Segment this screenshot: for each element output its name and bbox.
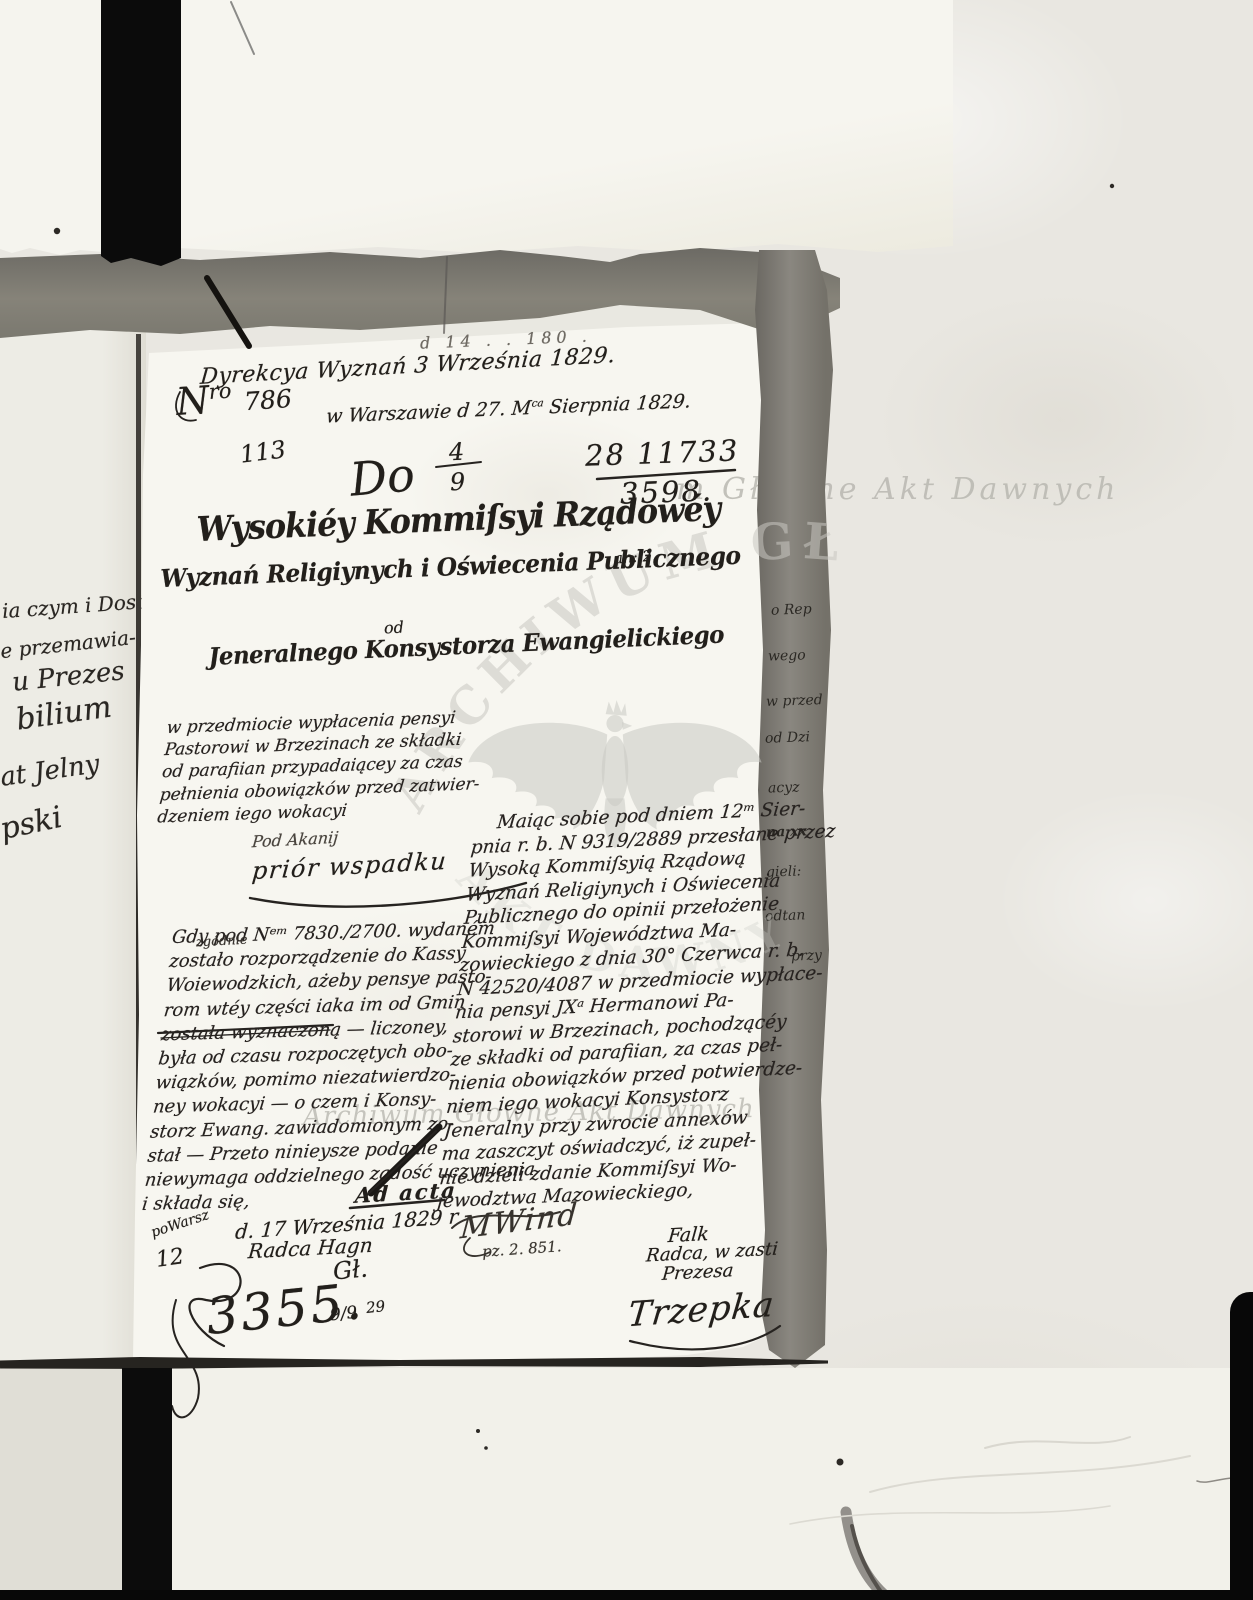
left-page-text-fragment: at Jelny — [0, 749, 101, 793]
top-paper-sheet — [178, 0, 953, 258]
number-value: 786 — [243, 384, 293, 416]
margin-annotation-number: 12 — [154, 1244, 185, 1273]
main-body-paragraph: Maiąc sobie pod dniem 12ᵐ Sier-pnia r. b… — [436, 798, 799, 1214]
filing-date-fraction: 9/9 — [329, 1303, 358, 1326]
left-page-text-fragment: pski — [0, 800, 65, 847]
filing-year: 29 — [365, 1297, 386, 1317]
document-number: Nro 786 — [175, 372, 293, 424]
subject-paragraph: w przedmiocie wypłacenia pensyiPastorowi… — [156, 707, 468, 829]
number-letter: N — [175, 378, 211, 424]
inserted-word: zgódnie — [196, 933, 248, 951]
edge-text-fragment: acyz — [768, 779, 800, 796]
edge-text-fragment: wego — [768, 647, 806, 664]
margin-number: 113 — [238, 435, 287, 468]
lower-right-page-area — [170, 1368, 1253, 1594]
approver-title-line2: Prezesa — [661, 1260, 734, 1285]
left-page-text-fragment: ia czym i Dosć — [1, 589, 146, 623]
edge-text-fragment: w przed — [766, 692, 823, 710]
number-superscript: ro — [208, 379, 232, 405]
film-frame-corner — [1230, 1292, 1253, 1600]
fraction-numerator: 4 — [448, 438, 465, 467]
do-dispatch-mark: Do — [348, 447, 417, 506]
lower-left-page-area — [0, 1366, 124, 1594]
left-page-text-fragment: bilium — [14, 690, 114, 738]
film-black-bar-bottom — [122, 1368, 172, 1592]
archive-watermark-text-top: m Głowne Akt Dawnych — [676, 472, 1119, 507]
archival-photo-scan: ia czym i Dosće przemawia-u Prezesbilium… — [0, 0, 1253, 1600]
top-left-paper-fragment — [0, 0, 103, 258]
fraction-denominator: 9 — [449, 468, 466, 497]
left-page-fragment: ia czym i Dosće przemawia-u Prezesbilium… — [0, 328, 146, 1364]
edge-text-fragment: o Rep — [771, 601, 812, 618]
film-black-bar-top — [101, 0, 181, 266]
calculation-line: 28 11733 — [584, 433, 739, 472]
film-frame-bottom-edge — [0, 1590, 1253, 1600]
edge-text-fragment: od Dzi — [765, 729, 810, 747]
